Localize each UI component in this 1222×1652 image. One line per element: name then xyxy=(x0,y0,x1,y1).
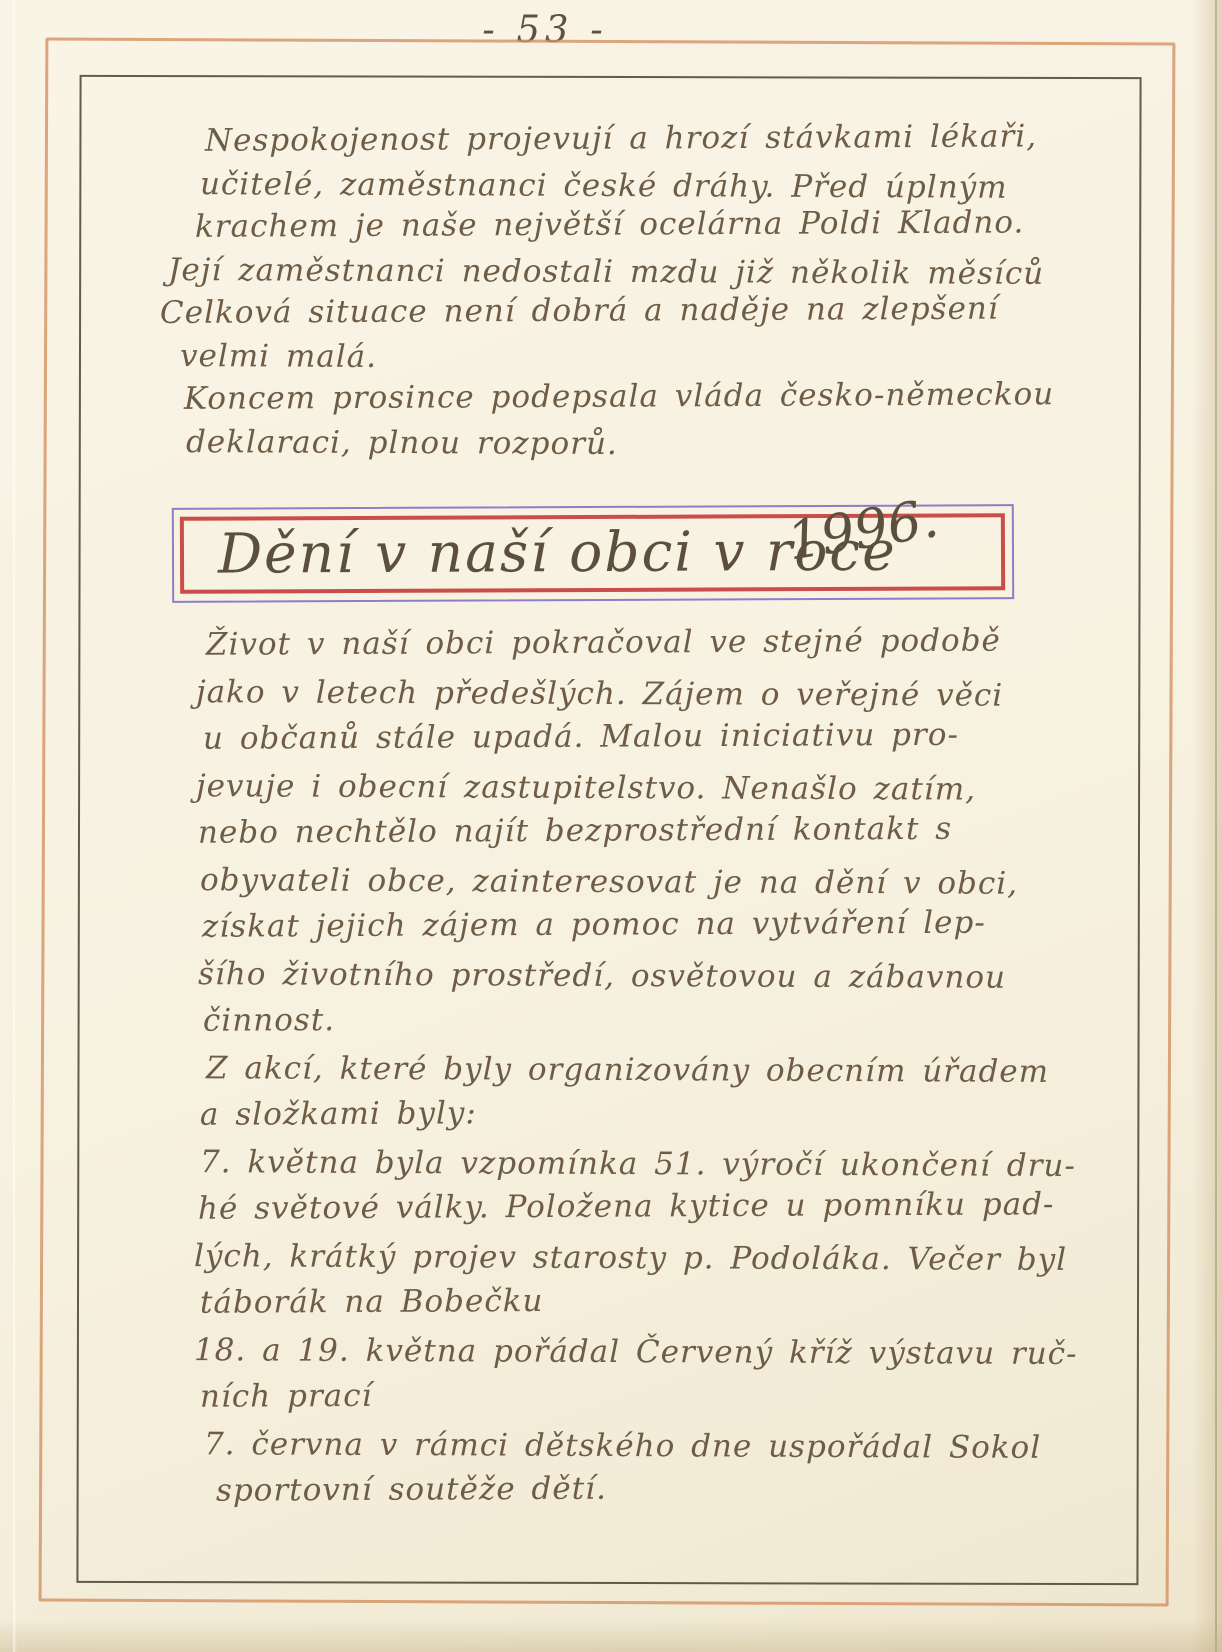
page-right-edge-shadow xyxy=(1192,0,1222,1652)
text-line: získat jejich zájem a pomoc na vytváření… xyxy=(158,899,1078,951)
page-bottom-edge-shadow xyxy=(0,1618,1222,1652)
text-line: Celková situace není dobrá a naděje na z… xyxy=(160,287,1054,335)
text-line: Nespokojenost projevují a hrozí stávkami… xyxy=(160,115,1054,163)
text-line: ních prací xyxy=(158,1369,1078,1421)
page-left-crease xyxy=(13,0,17,1652)
chronicle-page: - 53 - Nespokojenost projevují a hrozí s… xyxy=(0,0,1222,1652)
page-right-edge-line xyxy=(1215,0,1217,1652)
heading-box: Dění v naší obci v roce 1996. xyxy=(172,504,1014,603)
text-line: činnost. xyxy=(158,993,1078,1045)
text-line: Koncem prosince podepsala vláda česko-ně… xyxy=(160,373,1054,421)
text-line: deklaraci, plnou rozporů. xyxy=(160,421,1054,468)
text-line: táborák na Bobečku xyxy=(158,1275,1078,1327)
intro-paragraph: Nespokojenost projevují a hrozí stávkami… xyxy=(160,120,1054,464)
text-line: Život v naší obci pokračoval ve stejné p… xyxy=(158,617,1078,669)
text-line: a složkami byly: xyxy=(158,1087,1078,1139)
text-line: hé světové války. Položena kytice u pomn… xyxy=(158,1181,1078,1233)
text-line: sportovní soutěže dětí. xyxy=(158,1463,1078,1515)
text-line: nebo nechtělo najít bezprostřední kontak… xyxy=(158,805,1078,857)
text-line: u občanů stále upadá. Malou iniciativu p… xyxy=(158,711,1078,763)
heading-red-frame: Dění v naší obci v roce 1996. xyxy=(180,513,1005,594)
text-line: krachem je naše největší ocelárna Poldi … xyxy=(160,201,1054,249)
body-paragraph: Život v naší obci pokračoval ve stejné p… xyxy=(158,622,1078,1515)
